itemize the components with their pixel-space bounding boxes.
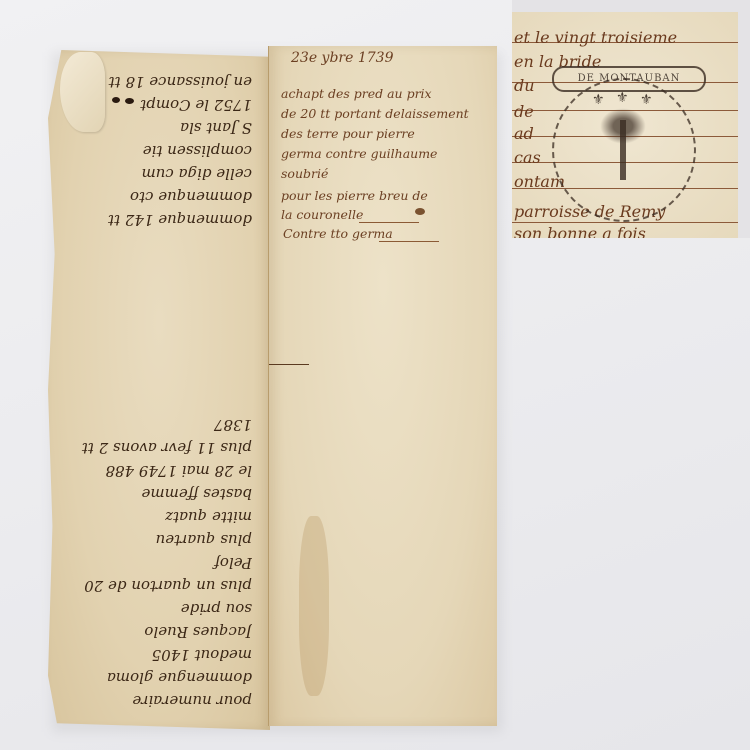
handwritten-line: celle diga cum	[52, 162, 252, 185]
handwritten-line: de	[514, 102, 534, 121]
handwritten-line: mitte quatz	[52, 505, 252, 528]
handwritten-line: achapt des pred au prix	[281, 86, 432, 101]
handwritten-line: Pelof	[52, 551, 252, 574]
handwritten-line: la couronelle	[281, 207, 363, 222]
handwritten-line: son bonne a fois	[514, 224, 646, 238]
torn-corner-flap	[60, 52, 105, 132]
upside-down-handwriting: dommenque 142 tt dommenque cto celle dig…	[48, 50, 270, 730]
stamp-banner-text: DE MONTAUBAN	[552, 66, 706, 92]
fleur-de-lis-icon: ⚜	[592, 92, 605, 108]
handwritten-line: de 20 tt portant delaissement	[281, 106, 469, 121]
handwritten-line: soubrié	[281, 166, 328, 181]
handwritten-line: pour numeraire	[52, 689, 252, 712]
handwritten-line: dommengue gloma	[52, 666, 252, 689]
pen-stroke	[359, 222, 419, 223]
handwritten-line: sou pride	[52, 597, 252, 620]
stamp-closeup-inset: et le vingt troisieme en la bride du de …	[512, 0, 750, 238]
handwritten-line: pour les pierre breu de	[281, 188, 428, 203]
handwritten-line: du	[514, 76, 535, 95]
pen-stroke	[379, 241, 439, 242]
handwritten-line: plus 11 fevr avons 2 tt	[52, 436, 252, 459]
fold-tear	[269, 364, 309, 365]
handwritten-line: dommenque cto	[52, 185, 252, 208]
handwritten-line: medout 1405	[52, 643, 252, 666]
fleur-de-lis-icon: ⚜	[640, 92, 653, 108]
fleur-de-lis-icon: ⚜	[616, 90, 629, 106]
handwritten-line: plus un quarton de 20	[52, 574, 252, 597]
handwritten-line: et le vingt troisieme	[514, 28, 677, 47]
ink-spot	[415, 208, 425, 215]
handwritten-line: bastes ffemme	[52, 482, 252, 505]
ink-blot	[112, 97, 120, 103]
left-page: dommenque 142 tt dommenque cto celle dig…	[48, 50, 270, 730]
handwritten-line: des terre pour pierre	[281, 126, 415, 141]
handwritten-line: plus quarteu	[52, 528, 252, 551]
water-stain	[299, 516, 329, 696]
left-bottom-block: pour numeraire dommengue gloma medout 14…	[52, 413, 252, 712]
right-page: 23e ybre 1739 achapt des pred au prix de…	[268, 46, 497, 726]
handwritten-line: complissen tie	[52, 139, 252, 162]
handwritten-line: le 28 mai 1749 488	[52, 459, 252, 482]
handwritten-line: germa contre guilhaume	[281, 146, 437, 161]
ink-blot	[125, 98, 134, 104]
handwritten-line: 1387	[52, 413, 252, 436]
tree-trunk-icon	[620, 120, 626, 180]
handwritten-line: ad	[514, 124, 534, 143]
handwritten-line: cas	[514, 148, 541, 167]
ruled-line	[512, 222, 738, 223]
document-date: 23e ybre 1739	[291, 50, 393, 66]
handwritten-line: Contre tto germa	[283, 226, 393, 241]
handwritten-line: Jacques Ruelo	[52, 620, 252, 643]
handwritten-line: dommenque 142 tt	[52, 208, 252, 231]
